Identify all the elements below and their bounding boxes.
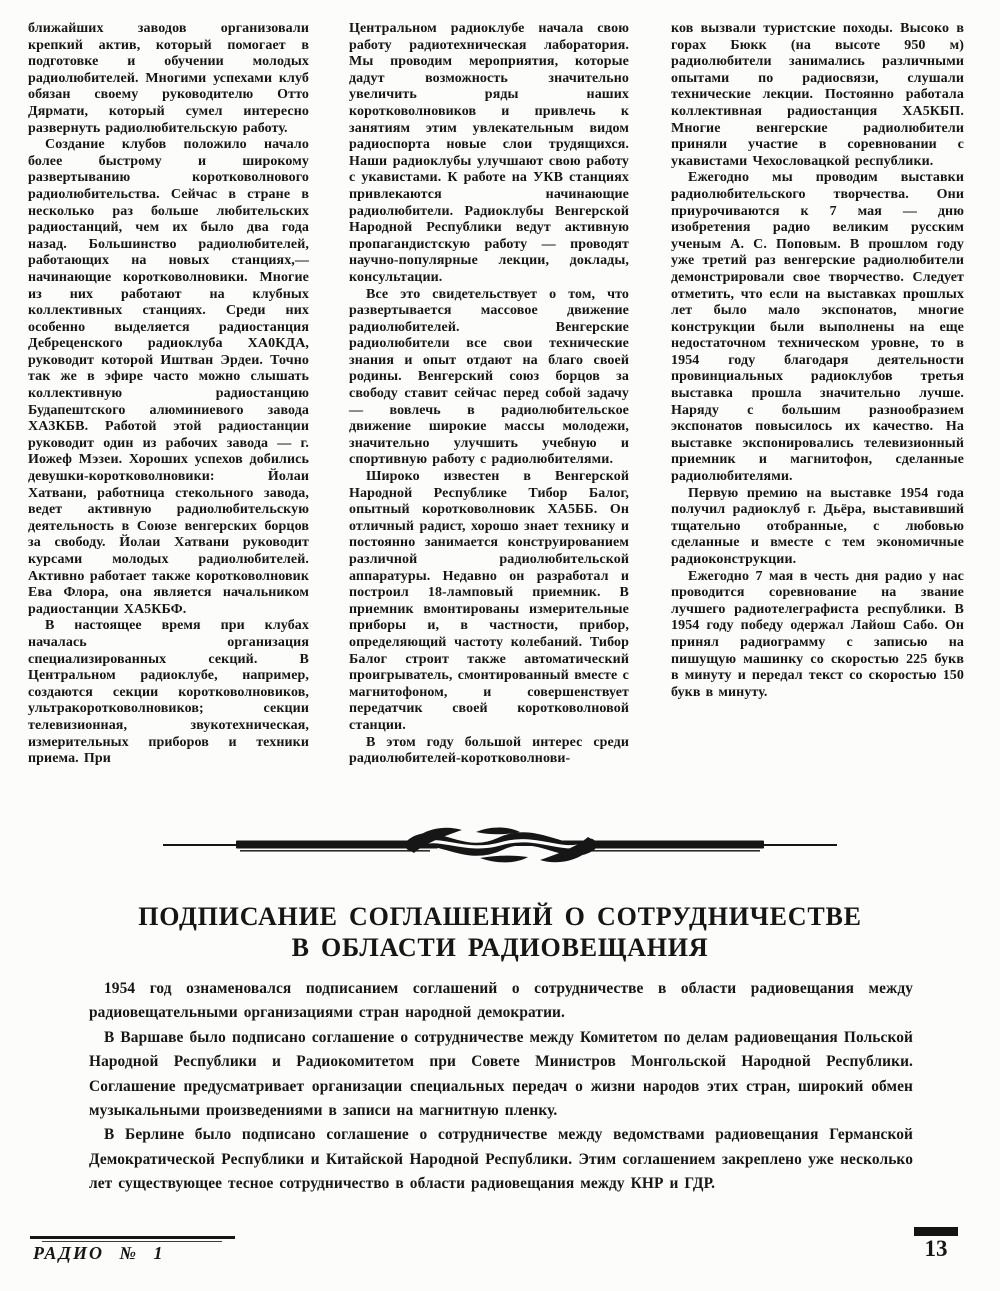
magazine-page: ближайших заводов организовали крепкий а… [0,0,1000,1291]
article-column-1: ближайших заводов организовали крепкий а… [28,21,309,768]
paragraph: В настоящее время при клубах началась ор… [28,618,309,767]
article-title-line-1: ПОДПИСАНИЕ СОГЛАШЕНИЙ О СОТРУДНИЧЕСТВЕ [0,901,1000,932]
paragraph: 1954 год ознаменовался подписанием согла… [89,977,913,1026]
article-column-3: ков вызвали туристские походы. Высоко в … [671,21,964,701]
paragraph: ков вызвали туристские походы. Высоко в … [671,21,964,170]
article-title: ПОДПИСАНИЕ СОГЛАШЕНИЙ О СОТРУДНИЧЕСТВЕ В… [0,901,1000,963]
paragraph: Центральном радиоклубе начала свою работ… [349,21,629,287]
paragraph: Ежегодно 7 мая в честь дня радио у нас п… [671,569,964,702]
paragraph: В этом году большой интерес среди радиол… [349,735,629,768]
paragraph: Создание клубов положило начало более бы… [28,137,309,618]
paragraph: В Берлине было подписано соглашение о со… [89,1123,913,1196]
article-body: 1954 год ознаменовался подписанием согла… [89,977,913,1197]
page-number-bar [914,1227,958,1236]
paragraph: Ежегодно мы проводим выставки радиолюбит… [671,170,964,485]
paragraph: Широко известен в Венгерской Народной Ре… [349,469,629,735]
ornament-divider-icon [160,824,840,866]
footer-rule [30,1236,235,1239]
article-column-2: Центральном радиоклубе начала свою работ… [349,21,629,768]
paragraph: Все это свидетельствует о том, что разве… [349,287,629,470]
article-title-line-2: В ОБЛАСТИ РАДИОВЕЩАНИЯ [0,932,1000,963]
paragraph: ближайших заводов организовали крепкий а… [28,21,309,137]
paragraph: Первую премию на выставке 1954 года полу… [671,486,964,569]
footer-rule-shadow [42,1241,222,1242]
journal-title: РАДИО № 1 [33,1243,164,1264]
page-number: 13 [914,1236,958,1262]
paragraph: В Варшаве было подписано соглашение о со… [89,1026,913,1124]
